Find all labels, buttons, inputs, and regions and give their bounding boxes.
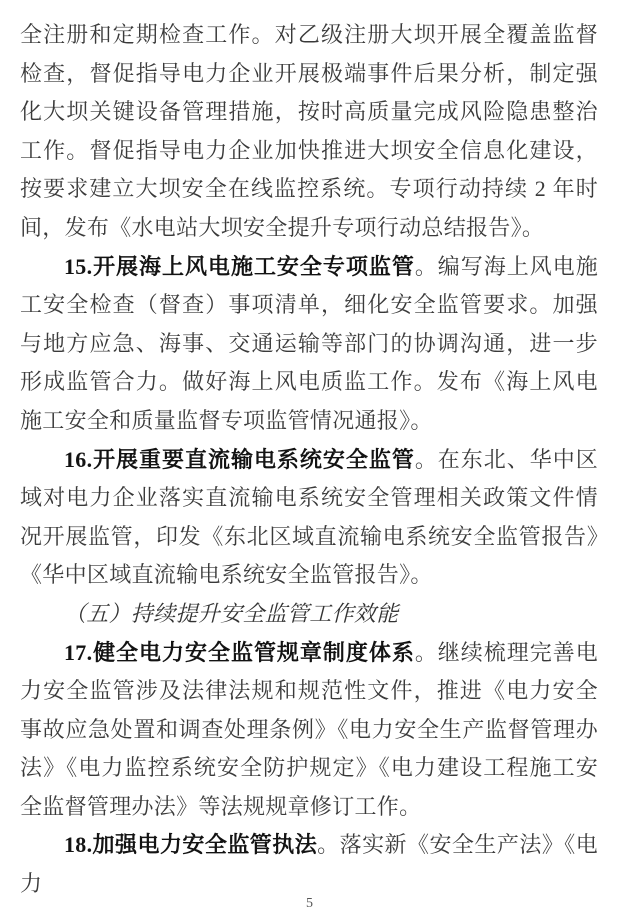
item-16-heading: 16.开展重要直流输电系统安全监管 bbox=[64, 447, 415, 472]
paragraph-item-18: 18.加强电力安全监管执法。落实新《安全生产法》《电力 bbox=[20, 826, 598, 903]
item-18-heading: 18.加强电力安全监管执法 bbox=[64, 832, 317, 857]
item-15-heading: 15.开展海上风电施工安全专项监管 bbox=[64, 254, 415, 279]
document-page: 全注册和定期检查工作。对乙级注册大坝开展全覆盖监督检查，督促指导电力企业开展极端… bbox=[0, 0, 619, 921]
item-17-heading: 17.健全电力安全监管规章制度体系 bbox=[64, 640, 415, 665]
paragraph-item-17: 17.健全电力安全监管规章制度体系。继续梳理完善电力安全监管涉及法律法规和规范性… bbox=[20, 634, 598, 827]
page-number: 5 bbox=[0, 896, 619, 912]
paragraph-item-16: 16.开展重要直流输电系统安全监管。在东北、华中区域对电力企业落实直流输电系统安… bbox=[20, 441, 598, 595]
paragraph-text: 。编写海上风电施工安全检查（督查）事项清单，细化安全监管要求。加强与地方应急、海… bbox=[20, 254, 598, 433]
paragraph-continuation: 全注册和定期检查工作。对乙级注册大坝开展全覆盖监督检查，督促指导电力企业开展极端… bbox=[20, 16, 598, 248]
section-subheading-5: （五）持续提升安全监管工作效能 bbox=[20, 595, 598, 634]
paragraph-item-15: 15.开展海上风电施工安全专项监管。编写海上风电施工安全检查（督查）事项清单，细… bbox=[20, 248, 598, 441]
subheading-text: （五）持续提升安全监管工作效能 bbox=[64, 601, 399, 626]
paragraph-text: 全注册和定期检查工作。对乙级注册大坝开展全覆盖监督检查，督促指导电力企业开展极端… bbox=[20, 22, 598, 240]
paragraph-text: 。继续梳理完善电力安全监管涉及法律法规和规范性文件，推进《电力安全事故应急处置和… bbox=[20, 640, 598, 819]
